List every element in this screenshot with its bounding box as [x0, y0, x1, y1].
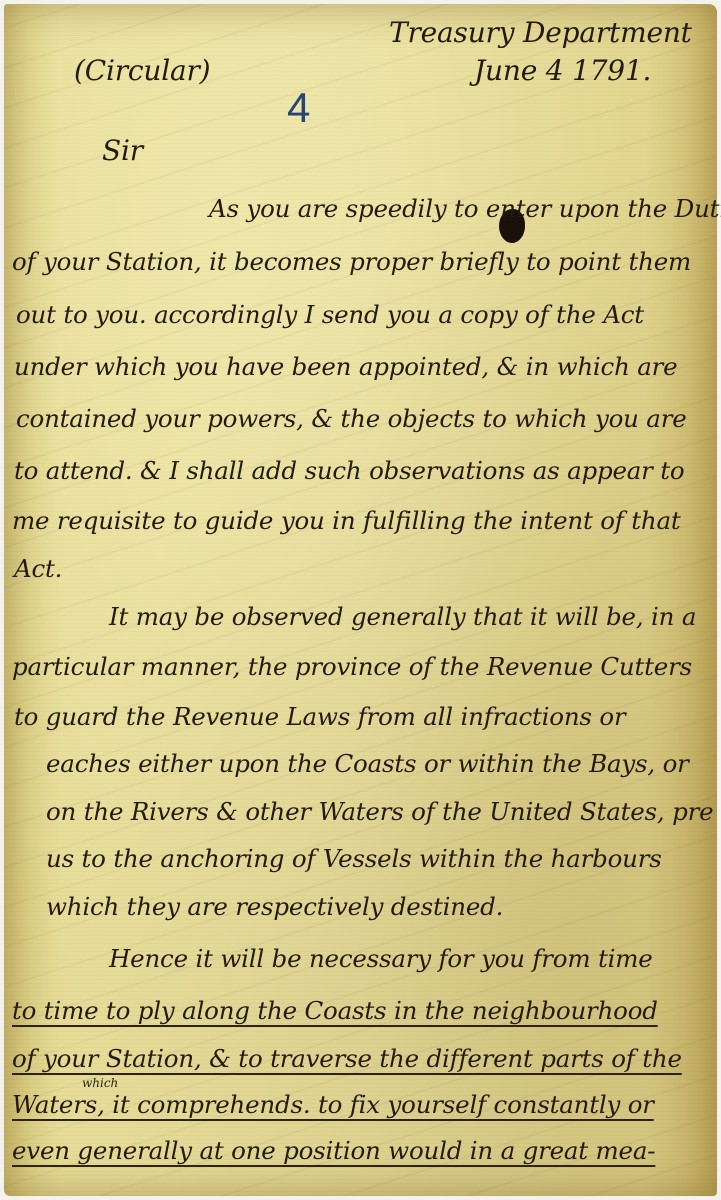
letter-line: me requisite to guide you in fulfilling …	[12, 506, 681, 535]
circular-label: (Circular)	[74, 54, 210, 87]
letter-line: Act.	[14, 554, 62, 583]
manuscript-page: (Circular) Treasury Department June 4 17…	[4, 4, 717, 1196]
interlinear-insertion: which	[82, 1076, 118, 1090]
letter-line: us to the anchoring of Vessels within th…	[46, 844, 662, 873]
letter-line: contained your powers, & the objects to …	[16, 404, 687, 433]
letter-line-underlined: to time to ply along the Coasts in the n…	[12, 996, 658, 1025]
date-heading: June 4 1791.	[474, 54, 651, 87]
letter-line: particular manner, the province of the R…	[12, 652, 692, 681]
letter-line: to guard the Revenue Laws from all infra…	[14, 702, 625, 731]
letter-line-underlined: even generally at one position would in …	[12, 1136, 655, 1165]
letter-line: under which you have been appointed, & i…	[14, 352, 677, 381]
letter-line: to attend. & I shall add such observatio…	[14, 456, 684, 485]
letter-line: of your Station, it becomes proper brief…	[12, 247, 691, 276]
salutation: Sir	[102, 134, 143, 167]
page-number: 4	[287, 84, 310, 132]
letter-line: Hence it will be necessary for you from …	[109, 944, 653, 973]
letter-line: eaches either upon the Coasts or within …	[46, 749, 689, 778]
letter-line: It may be observed generally that it wil…	[109, 602, 696, 631]
letter-line: As you are speedily to enter upon the Du…	[209, 194, 721, 223]
department-heading: Treasury Department	[389, 16, 692, 49]
letter-line-underlined: Waters, it comprehends. to fix yourself …	[12, 1090, 654, 1119]
letter-line: on the Rivers & other Waters of the Unit…	[46, 797, 713, 826]
letter-line-underlined: of your Station, & to traverse the diffe…	[12, 1044, 682, 1073]
letter-line: which they are respectively destined.	[46, 892, 503, 921]
letter-line: out to you. accordingly I send you a cop…	[16, 300, 644, 329]
